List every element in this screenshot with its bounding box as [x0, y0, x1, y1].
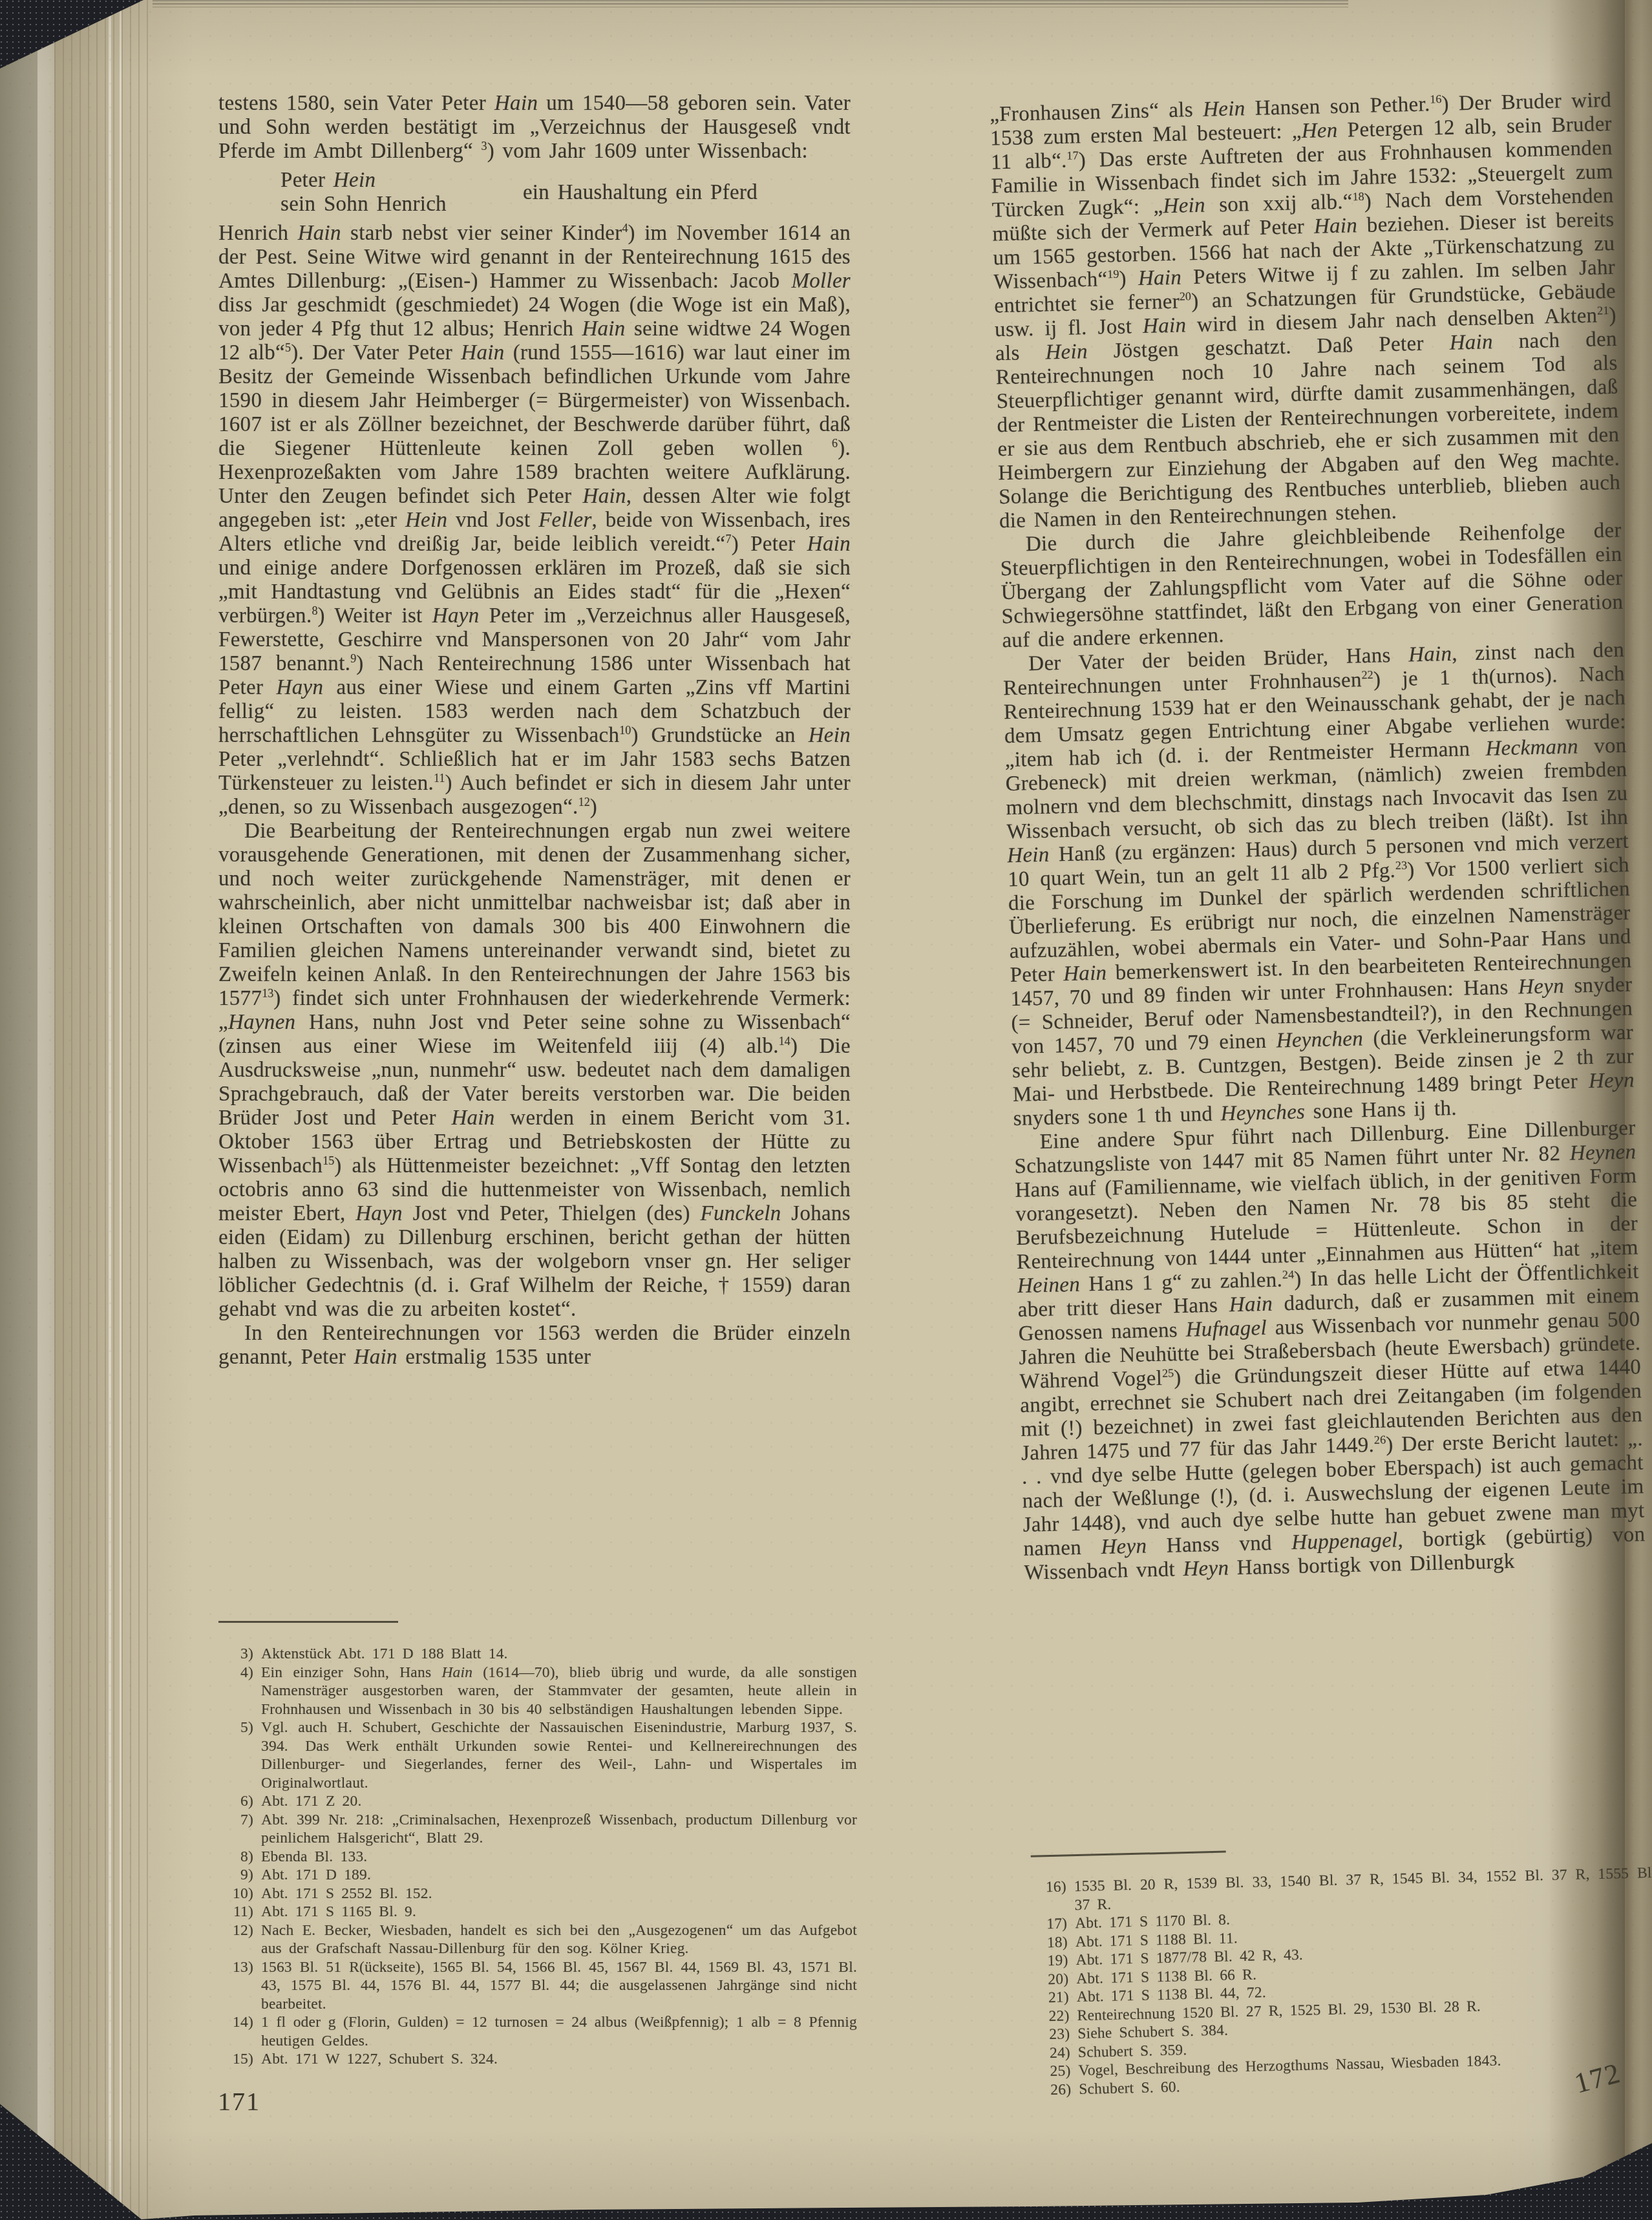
- footnote-number: 12): [218, 1921, 253, 1940]
- footnote-number: 7): [218, 1811, 253, 1830]
- footnote-number: 19): [1033, 1951, 1068, 1971]
- footnote: 13)1563 Bl. 51 R(ückseite), 1565 Bl. 54,…: [218, 1958, 857, 2014]
- entry-line: Peter Hein: [281, 169, 447, 193]
- footnote: 5)Vgl. auch H. Schubert, Geschichte der …: [218, 1718, 857, 1792]
- entry-line: sein Sohn Henrich: [281, 193, 447, 217]
- footnote-number: 5): [218, 1718, 253, 1737]
- table-surface: [0, 0, 40, 2220]
- footnote-number: 17): [1032, 1914, 1068, 1934]
- paragraph: Eine andere Spur führt nach Dillenburg. …: [1013, 1116, 1646, 1585]
- footnote-number: 15): [218, 2050, 253, 2069]
- paragraph: Der Vater der beiden Brüder, Hans Hain, …: [1002, 639, 1635, 1131]
- footnote-number: 11): [218, 1903, 253, 1921]
- right-column: „Fronhausen Zins“ als Hein Hansen son Pe…: [990, 89, 1652, 1867]
- footnote: 14)1 fl oder g (Florin, Gulden) = 12 tur…: [218, 2013, 857, 2050]
- paragraph: Die durch die Jahre gleichbleibende Reih…: [1000, 519, 1624, 653]
- footnote-number: 22): [1034, 2007, 1070, 2026]
- footnote-number: 23): [1035, 2025, 1070, 2044]
- footnote-number: 8): [218, 1848, 253, 1866]
- scanned-book-page: testens 1580, sein Vater Peter Hain um 1…: [0, 0, 1652, 2220]
- footnote: 12)Nach E. Becker, Wiesbaden, handelt es…: [218, 1921, 857, 1958]
- footnote-number: 13): [218, 1958, 253, 1977]
- page-stack-edges: [54, 0, 153, 2220]
- footnote: 11)Abt. 171 S 1165 Bl. 9.: [218, 1903, 857, 1921]
- footnote-number: 24): [1035, 2044, 1071, 2063]
- footnote: 3)Aktenstück Abt. 171 D 188 Blatt 14.: [218, 1645, 857, 1664]
- footnote: 7)Abt. 399 Nr. 218: „Criminalsachen, Hex…: [218, 1811, 857, 1848]
- entry-note: ein Haushaltung ein Pferd: [523, 181, 757, 205]
- footnote-number: 25): [1035, 2062, 1071, 2081]
- paragraph: In den Renteirechnungen vor 1563 werden …: [218, 1322, 851, 1369]
- right-page-area: „Fronhausen Zins“ als Hein Hansen son Pe…: [977, 69, 1652, 2220]
- footnote-number: 18): [1033, 1933, 1068, 1952]
- footnote-number: 6): [218, 1792, 253, 1811]
- footnote-number: 20): [1033, 1970, 1069, 1989]
- household-entry: Peter Heinsein Sohn Henrichein Haushaltu…: [218, 169, 851, 217]
- page-number-left: 171: [218, 2086, 260, 2117]
- footnote-number: 21): [1034, 1988, 1070, 2007]
- footnote-number: 9): [218, 1866, 253, 1885]
- footnote: 15)Abt. 171 W 1227, Schubert S. 324.: [218, 2050, 857, 2069]
- footnote-number: 14): [218, 2013, 253, 2032]
- paragraph: Henrich Hain starb nebst vier seiner Kin…: [218, 222, 851, 819]
- footnote: 9)Abt. 171 D 189.: [218, 1866, 857, 1885]
- left-footnotes: 3)Aktenstück Abt. 171 D 188 Blatt 14.4)E…: [218, 1645, 857, 2069]
- top-page-edges: [153, 0, 1348, 10]
- footnote-number: 3): [218, 1645, 253, 1664]
- entry-names: Peter Heinsein Sohn Henrich: [281, 169, 447, 217]
- footnote-number: 26): [1036, 2080, 1072, 2100]
- right-footnotes: 16)1535 Bl. 20 R, 1539 Bl. 33, 1540 Bl. …: [1032, 1864, 1652, 2100]
- page-edge-white: [37, 0, 56, 2220]
- footnote-number: 4): [218, 1664, 253, 1682]
- paragraph: „Fronhausen Zins“ als Hein Hansen son Pe…: [990, 89, 1621, 533]
- footnote-rule-left: [218, 1621, 398, 1623]
- footnote: 8)Ebenda Bl. 133.: [218, 1848, 857, 1866]
- paragraph: testens 1580, sein Vater Peter Hain um 1…: [218, 92, 851, 164]
- footnote: 6)Abt. 171 Z 20.: [218, 1792, 857, 1811]
- footnote: 4)Ein einziger Sohn, Hans Hain (1614—70)…: [218, 1664, 857, 1719]
- left-column: testens 1580, sein Vater Peter Hain um 1…: [218, 92, 851, 1622]
- footnote-number: 16): [1032, 1877, 1067, 1897]
- footnote: 10)Abt. 171 S 2552 Bl. 152.: [218, 1885, 857, 1903]
- footnote-number: 10): [218, 1885, 253, 1903]
- paragraph: Die Bearbeitung der Renteirechnungen erg…: [218, 819, 851, 1322]
